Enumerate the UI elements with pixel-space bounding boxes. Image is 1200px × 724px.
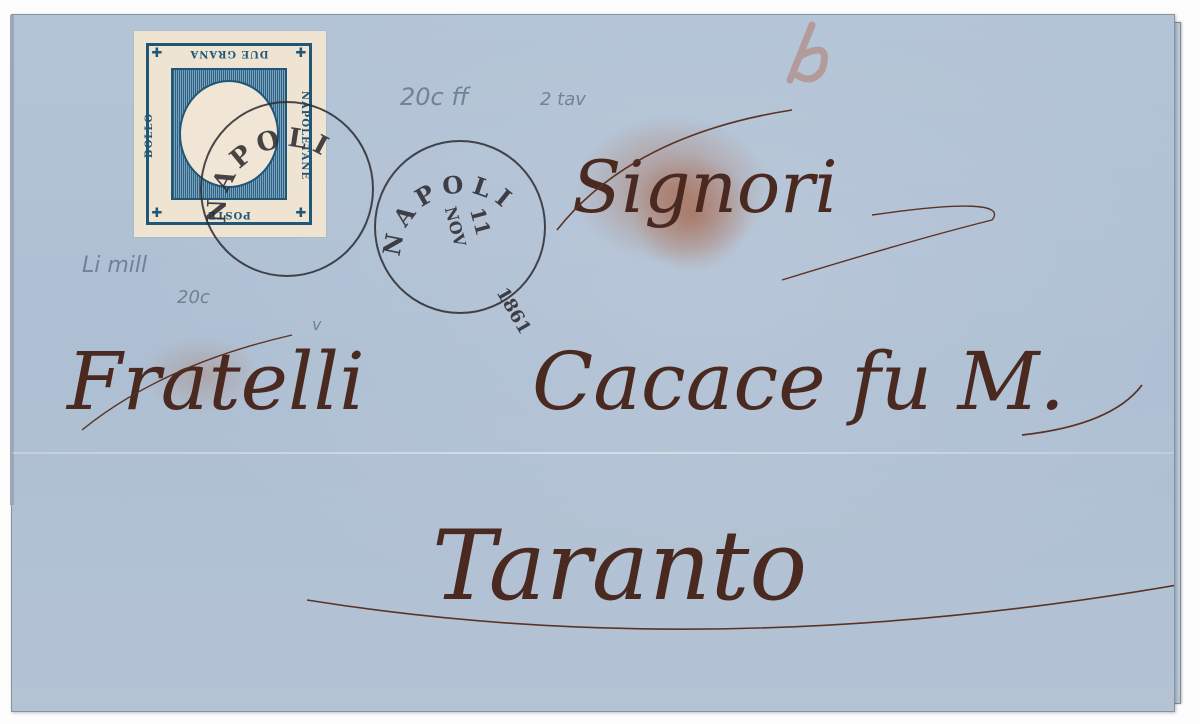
address-recipient-part1: Fratelli (67, 335, 365, 428)
address-salutation: Signori (572, 145, 838, 229)
postmark-napoli-datestamp: NAPOLI 11 NOV 1861 (374, 140, 546, 314)
pencil-note-left-value: 20c (177, 287, 210, 308)
pencil-check-mark: v (312, 315, 321, 334)
stamp-value-text: DUE GRANA (149, 48, 309, 59)
fold-line (12, 452, 1174, 454)
svg-text:NAPOLI: NAPOLI (202, 123, 338, 223)
pencil-note-top: 20c ff (400, 83, 469, 111)
pencil-note-top-right: 2 tav (540, 89, 586, 110)
address-city: Taranto (432, 510, 807, 622)
left-flap-edge (10, 15, 14, 505)
postmark-text-ring: NAPOLI (202, 103, 372, 275)
stamp-bollo-text: BOLLO (144, 113, 155, 158)
postmark-town-text: NAPOLI (202, 123, 338, 223)
postmark-year: 1861 (492, 284, 535, 338)
postal-cover-scene: ✚ ✚ ✚ ✚ DUE GRANA POSTE BOLLO NAPOLETANE (0, 0, 1200, 724)
postal-cover: ✚ ✚ ✚ ✚ DUE GRANA POSTE BOLLO NAPOLETANE (11, 14, 1175, 712)
postmark-text-ring: NAPOLI 11 NOV 1861 (376, 142, 544, 312)
address-recipient-part2: Cacace fu M. (532, 335, 1065, 428)
postmark-napoli-on-stamp: NAPOLI (200, 101, 374, 277)
pencil-note-left: Li mill (82, 253, 147, 278)
postmark-day: 11 (465, 205, 495, 238)
